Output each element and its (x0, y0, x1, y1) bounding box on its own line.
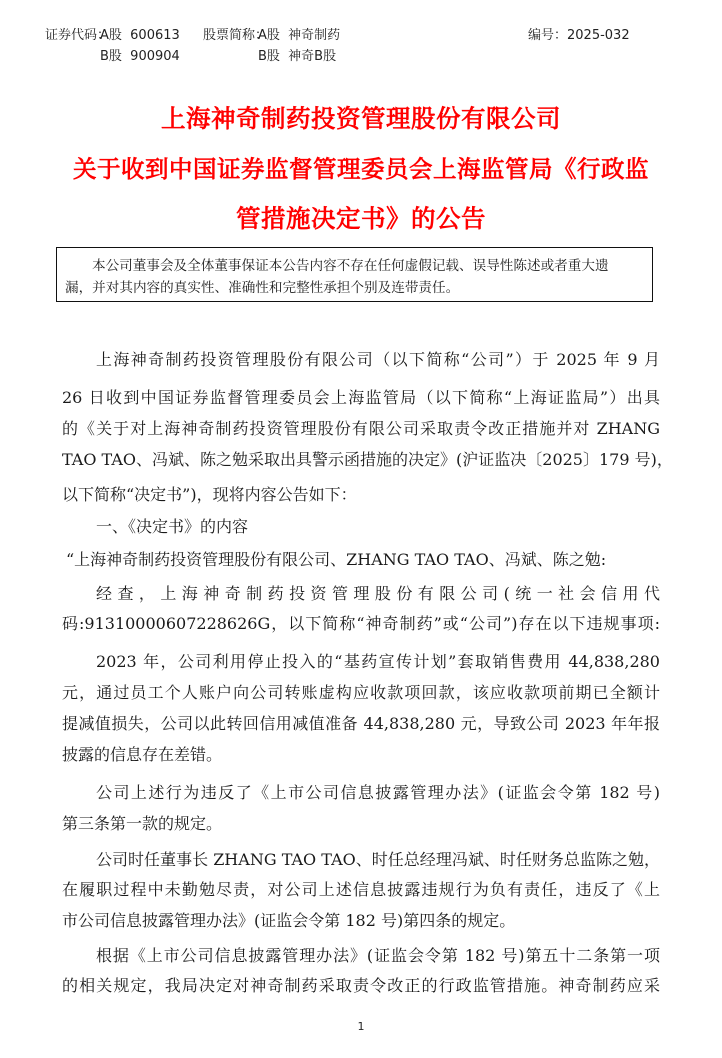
title-line-2: 关于收到中国证券监督管理委员会上海监管局《行政监 (0, 150, 722, 184)
notice-line-2: 漏，并对其内容的真实性、准确性和完整性承担个别及连带责任。 (65, 277, 644, 299)
body-line: 26 日收到中国证券监督管理委员会上海监管局（以下简称“上海证监局”）出具 (62, 388, 660, 408)
body-line: 经查，上海神奇制药投资管理股份有限公司(统一社会信用代 (96, 584, 660, 604)
body-line: 公司上述行为违反了《上市公司信息披露管理办法》(证监会令第 182 号) (96, 783, 660, 803)
body-line: 2023 年，公司利用停止投入的“基药宣传计划”套取销售费用 44,838,28… (96, 652, 660, 672)
body-line: 公司时任董事长 ZHANG TAO TAO、时任总经理冯斌、时任财务总监陈之勉， (96, 850, 660, 870)
section-heading: 一、《决定书》的内容 (96, 517, 694, 537)
body-line: 披露的信息存在差错。 (62, 745, 660, 765)
board-guarantee-notice: 本公司董事会及全体董事保证本公告内容不存在任何虚假记载、误导性陈述或者重大遗 漏… (56, 247, 653, 302)
body-line: TAO TAO、冯斌、陈之勉采取出具警示函措施的决定》(沪证监决〔2025〕17… (62, 450, 660, 470)
body-line: “上海神奇制药投资管理股份有限公司、ZHANG TAO TAO、冯斌、陈之勉: (66, 550, 664, 570)
announcement-number: 编号：2025-032 (528, 24, 630, 43)
title-line-3: 管措施决定书》的公告 (0, 200, 722, 235)
security-code-a: A股 600613 (100, 24, 180, 43)
body-line: 在履职过程中未勤勉尽责，对公司上述信息披露违规行为负有责任，违反了《上 (62, 880, 660, 900)
body-line: 根据《上市公司信息披露管理办法》(证监会令第 182 号)第五十二条第一项 (96, 946, 660, 966)
notice-line-1: 本公司董事会及全体董事保证本公告内容不存在任何虚假记载、误导性陈述或者重大遗 (65, 255, 644, 277)
body-line: 的相关规定，我局决定对神奇制药采取责令改正的行政监管措施。神奇制药应采 (62, 976, 660, 996)
body-line: 元，通过员工个人账户向公司转账虚构应收款项回款，该应收款项前期已全额计 (62, 683, 660, 703)
body-line: 提减值损失，公司以此转回信用减值准备 44,838,280 元，导致公司 202… (62, 714, 660, 734)
page-number: 1 (0, 1020, 722, 1033)
title-line-1: 上海神奇制药投资管理股份有限公司 (0, 100, 722, 135)
stock-abbr-a: A股 神奇制药 (258, 24, 340, 43)
stock-abbr-b: B股 神奇B股 (258, 45, 336, 64)
security-code-b: B股 900904 (100, 45, 180, 64)
body-line: 市公司信息披露管理办法》(证监会令第 182 号)第四条的规定。 (62, 911, 660, 931)
body-line: 码:91310000607228626G，以下简称“神奇制药”或“公司”)存在以… (62, 614, 660, 634)
body-line: 上海神奇制药投资管理股份有限公司（以下简称“公司”）于 2025 年 9 月 (96, 350, 660, 370)
body-line: 以下简称“决定书”)，现将内容公告如下： (62, 485, 660, 505)
body-line: 的《关于对上海神奇制药投资管理股份有限公司采取责令改正措施并对 ZHANG (62, 419, 660, 439)
body-line: 第三条第一款的规定。 (62, 814, 660, 834)
